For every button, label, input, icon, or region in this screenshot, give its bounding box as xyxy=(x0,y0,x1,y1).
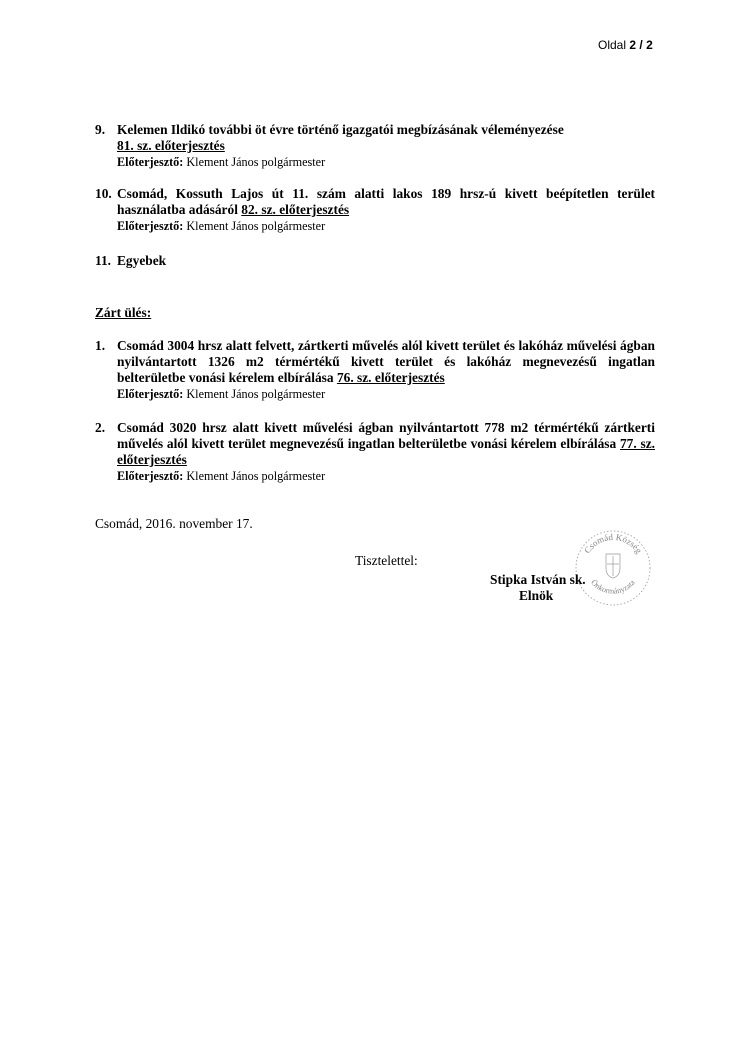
closed-item-2: 2. Csomád 3020 hrsz alatt kivett művelés… xyxy=(117,420,655,484)
agenda-item-9: 9. Kelemen Ildikó további öt évre történ… xyxy=(117,122,655,170)
closed-item-1: 1. Csomád 3004 hrsz alatt felvett, zártk… xyxy=(117,338,655,402)
item-number: 1. xyxy=(95,338,105,354)
agenda-item-10: 10. Csomád, Kossuth Lajos út 11. szám al… xyxy=(117,186,655,234)
place-date: Csomád, 2016. november 17. xyxy=(95,516,253,532)
item-number: 11. xyxy=(95,253,111,269)
official-stamp-icon: Csomád Község Önkormányzata xyxy=(573,528,653,608)
signer-role: Elnök xyxy=(519,588,553,604)
item-title-text: Csomád 3020 hrsz alatt kivett művelési á… xyxy=(117,420,655,451)
item-presenter: Előterjesztő: Klement János polgármester xyxy=(117,468,655,484)
presenter-name: Klement János polgármester xyxy=(186,219,325,233)
presenter-label: Előterjesztő: xyxy=(117,155,183,169)
item-number: 2. xyxy=(95,420,105,436)
presenter-label: Előterjesztő: xyxy=(117,387,183,401)
page-separator: / xyxy=(639,38,642,52)
item-title: Csomád, Kossuth Lajos út 11. szám alatti… xyxy=(117,186,655,218)
page-number: Oldal 2 / 2 xyxy=(598,38,653,52)
svg-text:Önkormányzata: Önkormányzata xyxy=(589,578,637,596)
presenter-name: Klement János polgármester xyxy=(186,469,325,483)
page-current: 2 xyxy=(629,38,636,52)
item-reference: 81. sz. előterjesztés xyxy=(117,138,225,153)
item-number: 10. xyxy=(95,186,112,202)
item-presenter: Előterjesztő: Klement János polgármester xyxy=(117,154,655,170)
page-label: Oldal xyxy=(598,38,626,52)
item-title: Csomád 3020 hrsz alatt kivett művelési á… xyxy=(117,420,655,468)
item-presenter: Előterjesztő: Klement János polgármester xyxy=(117,218,655,234)
agenda-item-11: 11. Egyebek xyxy=(117,253,655,269)
item-reference: 76. sz. előterjesztés xyxy=(337,370,445,385)
item-title: Kelemen Ildikó további öt évre történő i… xyxy=(117,122,655,154)
presenter-name: Klement János polgármester xyxy=(186,387,325,401)
item-number: 9. xyxy=(95,122,105,138)
item-title: Egyebek xyxy=(117,253,655,269)
signer-name: Stipka István sk. xyxy=(490,572,586,588)
item-title-text: Csomád, Kossuth Lajos út 11. szám alatti… xyxy=(117,186,655,217)
item-title: Csomád 3004 hrsz alatt felvett, zártkert… xyxy=(117,338,655,386)
closed-session-title: Zárt ülés: xyxy=(95,305,151,321)
presenter-name: Klement János polgármester xyxy=(186,155,325,169)
item-reference: 82. sz. előterjesztés xyxy=(241,202,349,217)
item-title-text: Kelemen Ildikó további öt évre történő i… xyxy=(117,122,564,137)
presenter-label: Előterjesztő: xyxy=(117,219,183,233)
presenter-label: Előterjesztő: xyxy=(117,469,183,483)
greeting: Tisztelettel: xyxy=(355,553,418,569)
svg-text:Csomád Község: Csomád Község xyxy=(582,532,644,556)
page-total: 2 xyxy=(646,38,653,52)
item-presenter: Előterjesztő: Klement János polgármester xyxy=(117,386,655,402)
